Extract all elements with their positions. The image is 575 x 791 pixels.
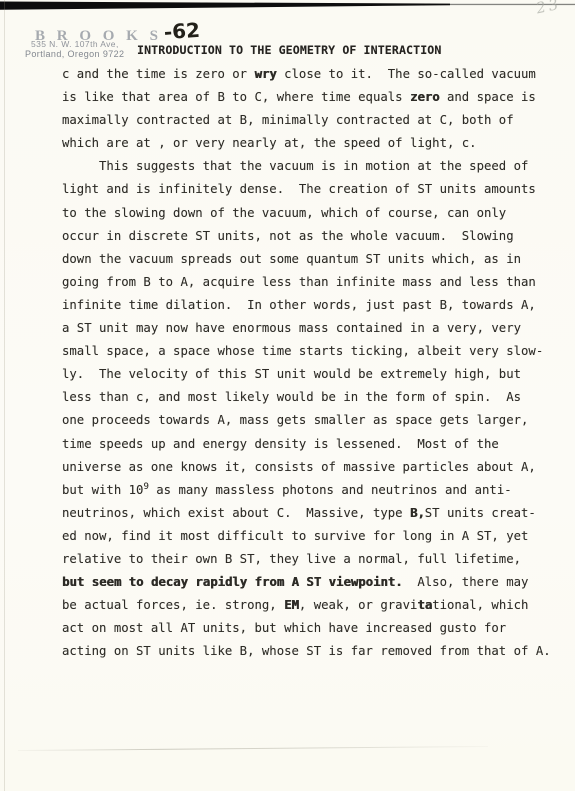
text-line: ed now, find it most difficult to surviv… bbox=[62, 529, 567, 552]
text-segment: c and the time is zero or bbox=[62, 67, 255, 81]
text-segment: Also, there may bbox=[403, 575, 529, 589]
text-segment: occur in discrete ST units, not as the w… bbox=[62, 229, 514, 243]
handwritten-number: -62 bbox=[163, 18, 201, 44]
text-segment: universe as one knows it, consists of ma… bbox=[62, 460, 536, 474]
text-line: ly. The velocity of this ST unit would b… bbox=[62, 367, 567, 390]
text-line: is like that area of B to C, where time … bbox=[62, 90, 567, 113]
text-line: act on most all AT units, but which have… bbox=[62, 621, 567, 644]
text-segment: to the slowing down of the vacuum, which… bbox=[62, 206, 506, 220]
text-segment: EM bbox=[284, 598, 299, 612]
text-line: small space, a space whose time starts t… bbox=[62, 344, 567, 367]
text-segment: going from B to A, acquire less than inf… bbox=[62, 275, 536, 289]
text-segment: is like that area of B to C, where time … bbox=[62, 90, 410, 104]
text-line: down the vacuum spreads out some quantum… bbox=[62, 252, 567, 275]
text-segment: a ST unit may now have enormous mass con… bbox=[62, 321, 521, 335]
text-segment: be actual forces, ie. strong, bbox=[62, 598, 284, 612]
text-segment: less than c, and most likely would be in… bbox=[62, 390, 521, 404]
text-segment: , weak, or gravi bbox=[299, 598, 417, 612]
text-line: one proceeds towards A, mass gets smalle… bbox=[62, 413, 567, 436]
text-segment: infinite time dilation. In other words, … bbox=[62, 298, 536, 312]
scanner-edge-artifact bbox=[0, 0, 575, 14]
text-segment: but seem to decay rapidly from A ST view… bbox=[62, 575, 403, 589]
text-line: be actual forces, ie. strong, EM, weak, … bbox=[62, 598, 567, 621]
text-segment: acting on ST units like B, whose ST is f… bbox=[62, 644, 551, 658]
text-segment: neutrinos, which exist about C. Massive,… bbox=[62, 506, 410, 520]
text-line: light and is infinitely dense. The creat… bbox=[62, 182, 567, 205]
scanned-document-page: 23 B R O O K S-62 535 N. W. 107th Ave, P… bbox=[0, 0, 575, 791]
text-segment: act on most all AT units, but which have… bbox=[62, 621, 506, 635]
text-segment: zero bbox=[410, 90, 440, 104]
text-segment: This suggests that the vacuum is in moti… bbox=[99, 159, 528, 173]
text-segment: as many massless photons and neutrinos a… bbox=[149, 483, 512, 497]
text-line: acting on ST units like B, whose ST is f… bbox=[62, 644, 567, 667]
text-segment: ed now, find it most difficult to surviv… bbox=[62, 529, 528, 543]
text-segment: 9 bbox=[143, 482, 148, 492]
text-line: infinite time dilation. In other words, … bbox=[62, 298, 567, 321]
text-line: maximally contracted at B, minimally con… bbox=[62, 113, 567, 136]
text-line: occur in discrete ST units, not as the w… bbox=[62, 229, 567, 252]
text-segment: which are at , or very nearly at, the sp… bbox=[62, 136, 477, 150]
text-line: less than c, and most likely would be in… bbox=[62, 390, 567, 413]
text-line: going from B to A, acquire less than inf… bbox=[62, 275, 567, 298]
text-line: which are at , or very nearly at, the sp… bbox=[62, 136, 567, 159]
text-segment: and space is bbox=[440, 90, 536, 104]
stamp-address-line1: 535 N. W. 107th Ave, bbox=[31, 39, 119, 49]
text-segment: B, bbox=[410, 506, 425, 520]
stamp-address-line2: Portland, Oregon 9722 bbox=[25, 49, 124, 59]
text-segment: down the vacuum spreads out some quantum… bbox=[62, 252, 521, 266]
text-line: universe as one knows it, consists of ma… bbox=[62, 460, 567, 483]
text-line: c and the time is zero or wry close to i… bbox=[62, 67, 567, 90]
text-segment: ST units creat- bbox=[425, 506, 536, 520]
text-line: neutrinos, which exist about C. Massive,… bbox=[62, 506, 567, 529]
text-segment: but with 10 bbox=[62, 483, 143, 497]
text-segment: one proceeds towards A, mass gets smalle… bbox=[62, 413, 528, 427]
text-segment: close to it. The so-called vacuum bbox=[277, 67, 536, 81]
text-line: a ST unit may now have enormous mass con… bbox=[62, 321, 567, 344]
pencil-page-number: 23 bbox=[534, 0, 562, 17]
document-title: INTRODUCTION TO THE GEOMETRY OF INTERACT… bbox=[137, 43, 441, 57]
text-segment: small space, a space whose time starts t… bbox=[62, 344, 543, 358]
text-segment: tional, which bbox=[432, 598, 528, 612]
document-body: c and the time is zero or wry close to i… bbox=[62, 67, 567, 667]
text-line: time speeds up and energy density is les… bbox=[62, 437, 567, 460]
paper-crease-line bbox=[18, 746, 488, 751]
page-edge-line bbox=[4, 0, 5, 791]
text-segment: wry bbox=[255, 67, 277, 81]
text-line: This suggests that the vacuum is in moti… bbox=[62, 159, 567, 182]
text-segment: time speeds up and energy density is les… bbox=[62, 437, 499, 451]
text-segment: ly. The velocity of this ST unit would b… bbox=[62, 367, 521, 381]
text-segment: ta bbox=[417, 598, 432, 612]
text-line: relative to their own B ST, they live a … bbox=[62, 552, 567, 575]
text-line: but with 109 as many massless photons an… bbox=[62, 483, 567, 506]
text-line: but seem to decay rapidly from A ST view… bbox=[62, 575, 567, 598]
text-segment: light and is infinitely dense. The creat… bbox=[62, 182, 536, 196]
text-line: to the slowing down of the vacuum, which… bbox=[62, 206, 567, 229]
text-segment: maximally contracted at B, minimally con… bbox=[62, 113, 514, 127]
text-segment: relative to their own B ST, they live a … bbox=[62, 552, 521, 566]
